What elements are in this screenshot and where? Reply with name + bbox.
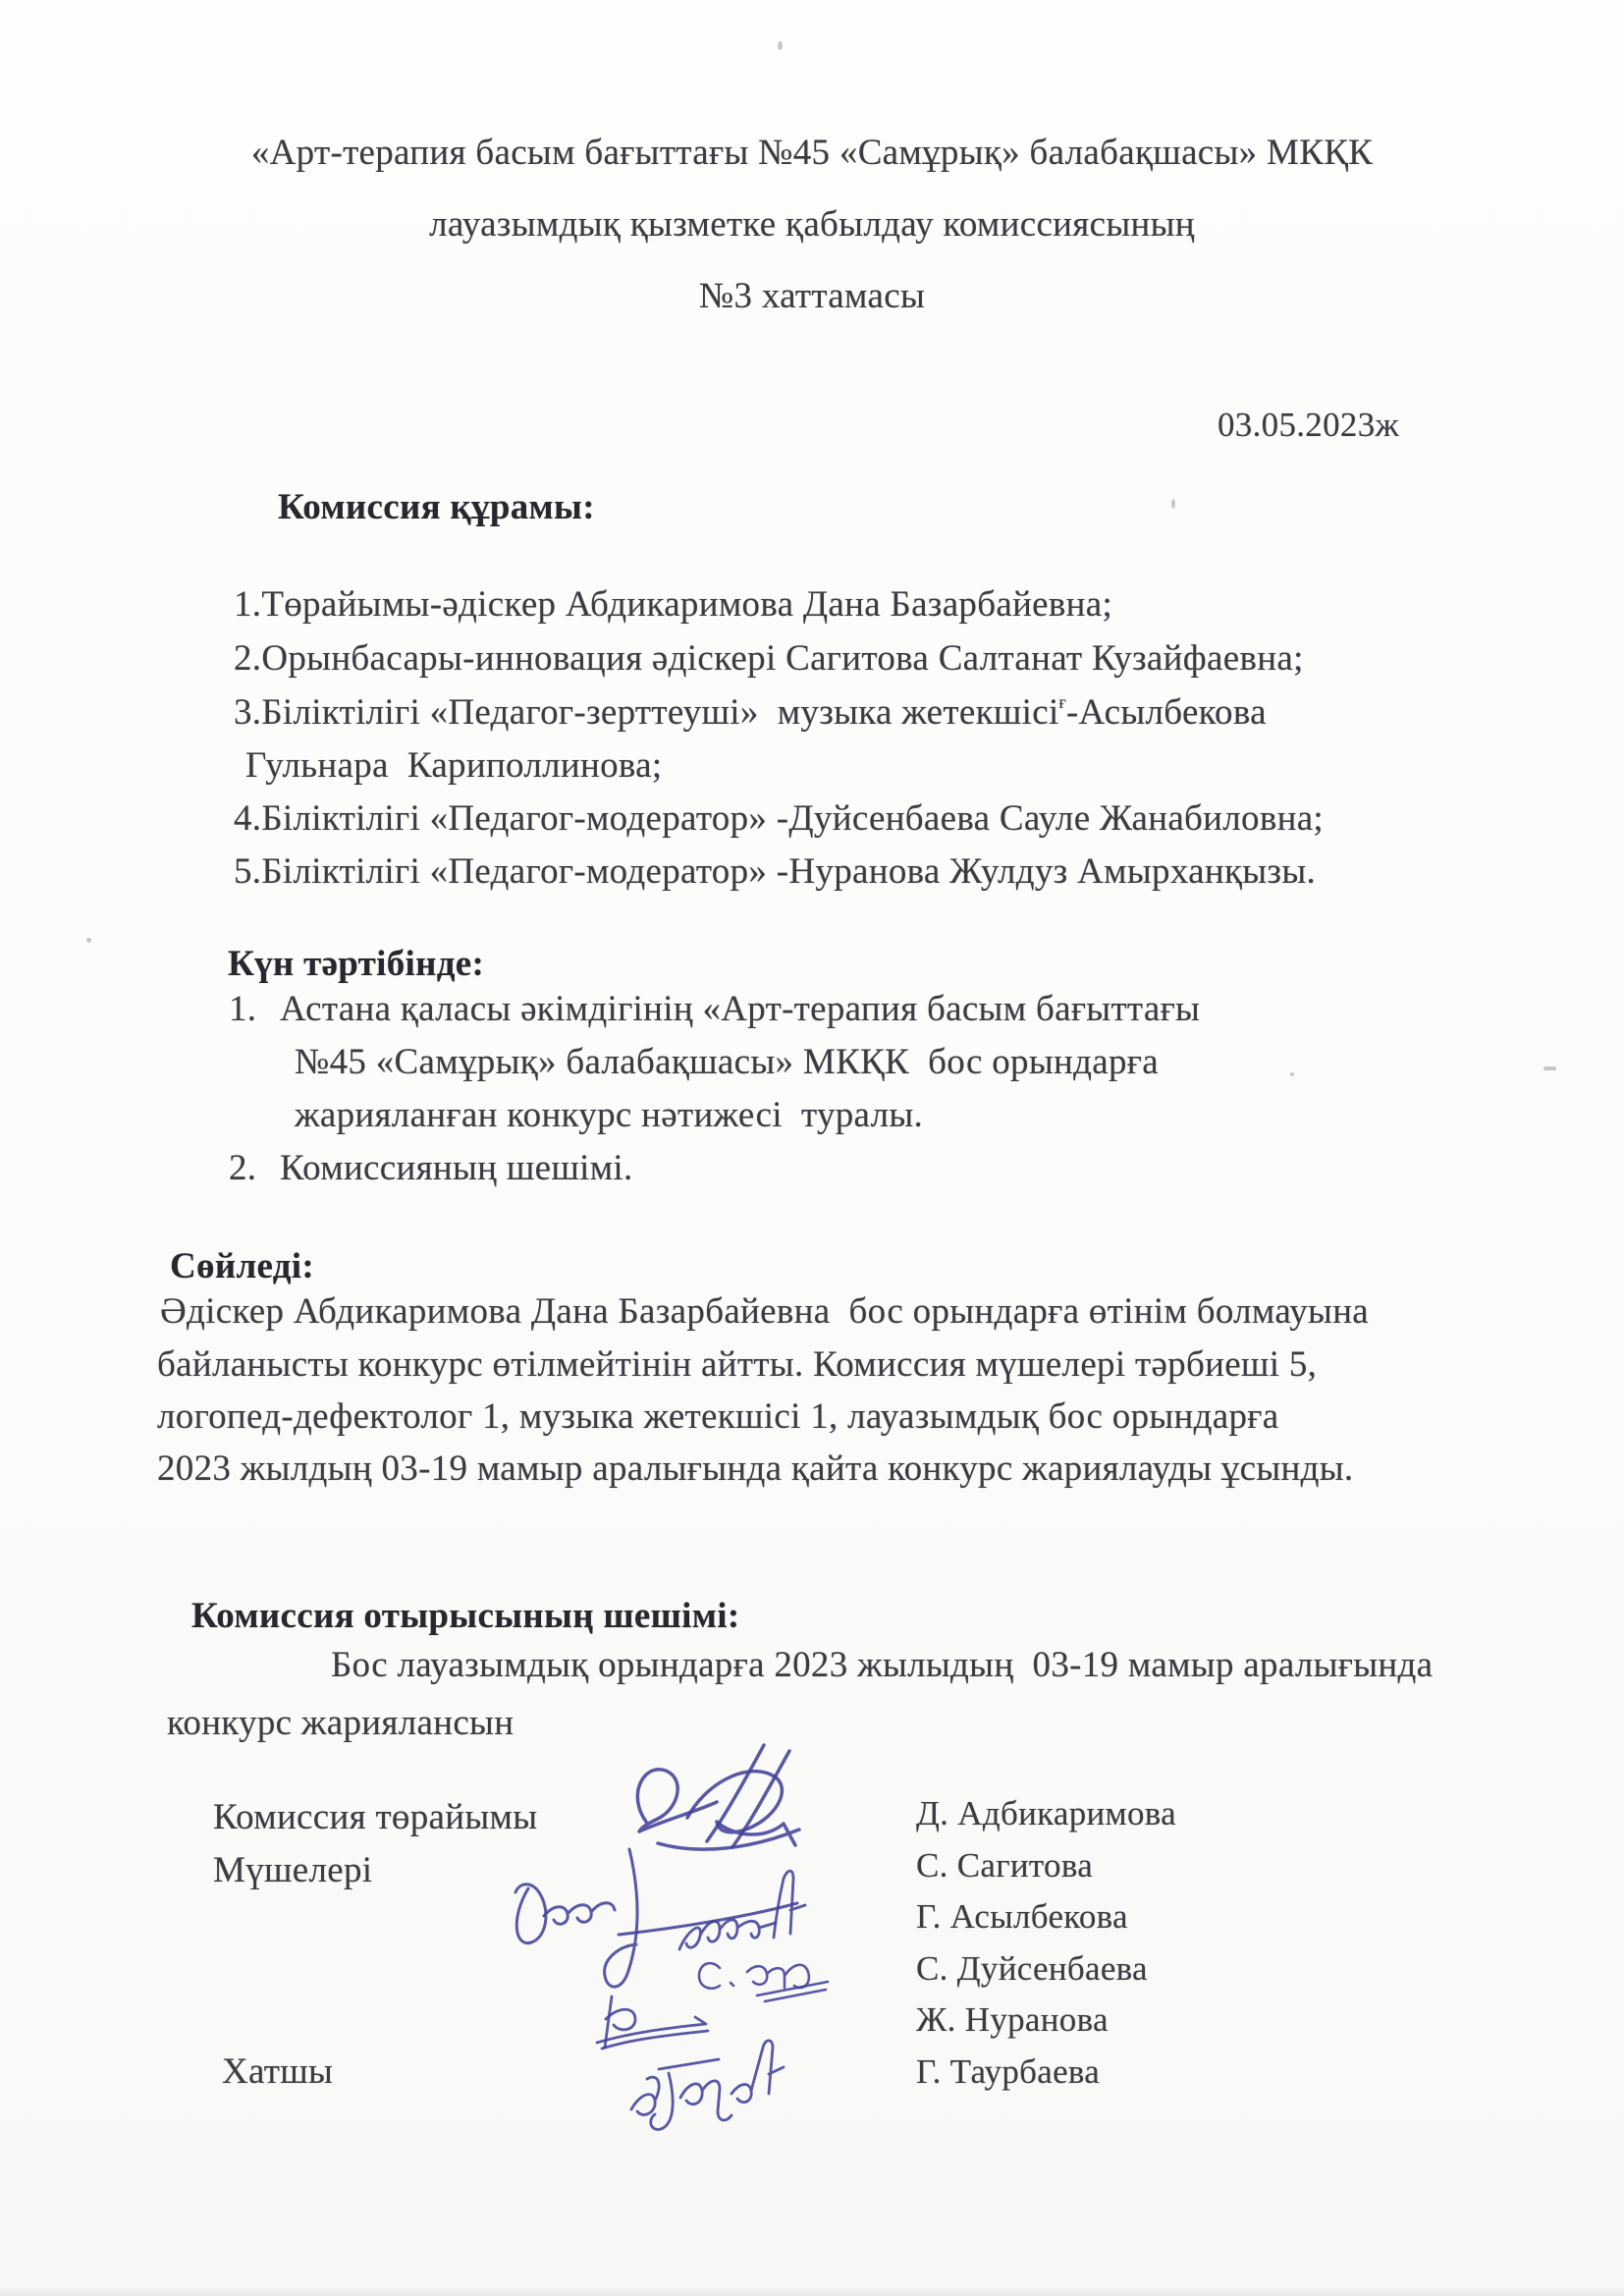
agenda-heading: Күн тәртібінде: [228,945,484,985]
signature-name-4: С. Дуйсенбаева [916,1950,1148,1989]
speech-line-3: логопед-дефектолог 1, музыка жетекшісі 1… [157,1397,1279,1438]
document-title-line-3: №3 хаттамасы [0,277,1624,317]
document-title-line-1: «Арт-терапия басым бағыттағы №45 «Самұры… [0,134,1624,174]
scan-speck [86,938,91,943]
commission-member-1: 1.Төрайымы-әдіскер Абдикаримова Дана Баз… [234,585,1112,626]
decision-heading: Комиссия отырысының шешімі: [191,1597,739,1637]
commission-member-2: 2.Орынбасары-инновация әдіскері Сагитова… [234,639,1304,680]
commission-member-3-continuation: Гульнара Кариполлинова; [245,746,662,787]
signature-label-secretary: Хатшы [222,2052,333,2093]
signature-ink-secretary-taurbaeva [631,2041,784,2130]
speech-heading: Сөйледі: [170,1247,314,1287]
signature-ink-member-duisenbaeva [699,1963,828,2001]
signature-name-6: Г. Таурбаева [916,2053,1100,2092]
signature-name-1: Д. Адбикаримова [916,1795,1176,1833]
agenda-item-2-text: Комиссияның шешімі. [280,1149,633,1189]
speech-line-2: байланысты конкурс өтілмейтінін айтты. К… [157,1345,1317,1386]
document-date: 03.05.2023ж [1218,407,1399,445]
signature-ink-member-nuranova [597,1996,708,2049]
scan-speck [1290,1072,1294,1076]
scan-speck [1543,1066,1556,1070]
commission-member-3-name: -Асылбекова [1066,692,1267,733]
commission-heading: Комиссия құрамы: [278,488,595,528]
scan-speck [1171,499,1175,509]
signature-name-3: Г. Асылбекова [916,1898,1128,1937]
agenda-item-1-line-1: Астана қаласы әкімдігінің «Арт-терапия б… [280,990,1200,1030]
commission-member-5: 5.Біліктілігі «Педагог-модератор» -Нуран… [234,852,1316,893]
agenda-item-1-line-3: жарияланған конкурс нәтижесі туралы. [295,1096,923,1136]
scanned-protocol-page: «Арт-терапия басым бағыттағы №45 «Самұры… [0,0,1624,2296]
speech-line-4: 2023 жылдың 03-19 мамыр аралығында қайта… [157,1449,1353,1490]
decision-line-1: Бос лауазымдық орындарға 2023 жылыдың 03… [331,1646,1433,1686]
speech-line-1: Әдіскер Абдикаримова Дана Базарбайевна б… [160,1292,1369,1333]
agenda-item-1-line-2: №45 «Самұрық» балабақшасы» МКҚК бос орын… [295,1043,1159,1083]
agenda-item-2-number: 2. [229,1149,256,1189]
document-title-line-2: лауазымдық қызметке қабылдау комиссиясын… [0,205,1624,246]
signature-ink-member-asylbekova [679,1871,805,1949]
commission-member-4: 4.Біліктілігі «Педагог-модератор» -Дуйсе… [234,799,1324,840]
signatures-ink-overlay [334,1723,884,2146]
signature-name-2: С. Сагитова [916,1847,1093,1886]
agenda-item-1-number: 1. [229,990,256,1030]
signature-name-5: Ж. Нуранова [916,2001,1109,2040]
commission-member-3: 3.Біліктілігі «Педагог-зерттеуші» музыка… [234,693,1267,734]
scan-bottom-edge-shadow [0,2286,1624,2296]
commission-member-3-text: 3.Біліктілігі «Педагог-зерттеуші» музыка… [234,692,1059,733]
scan-speck [778,41,783,50]
commission-member-3-superscript-mark: ғ [1059,692,1066,712]
signature-ink-chair [637,1745,799,1849]
